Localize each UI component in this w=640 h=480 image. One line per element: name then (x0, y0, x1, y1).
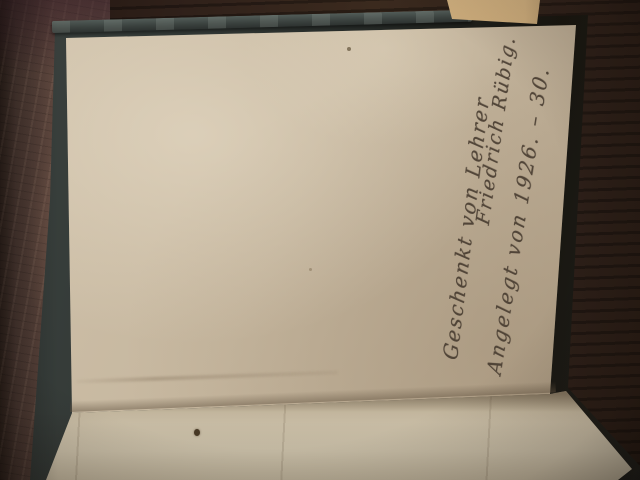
dirt-speck (194, 429, 200, 436)
dirt-speck (347, 47, 351, 51)
dirt-speck (309, 268, 312, 271)
photo-of-open-book: Geschenkt von Lehrer Friedrich Rübig. An… (0, 0, 640, 480)
